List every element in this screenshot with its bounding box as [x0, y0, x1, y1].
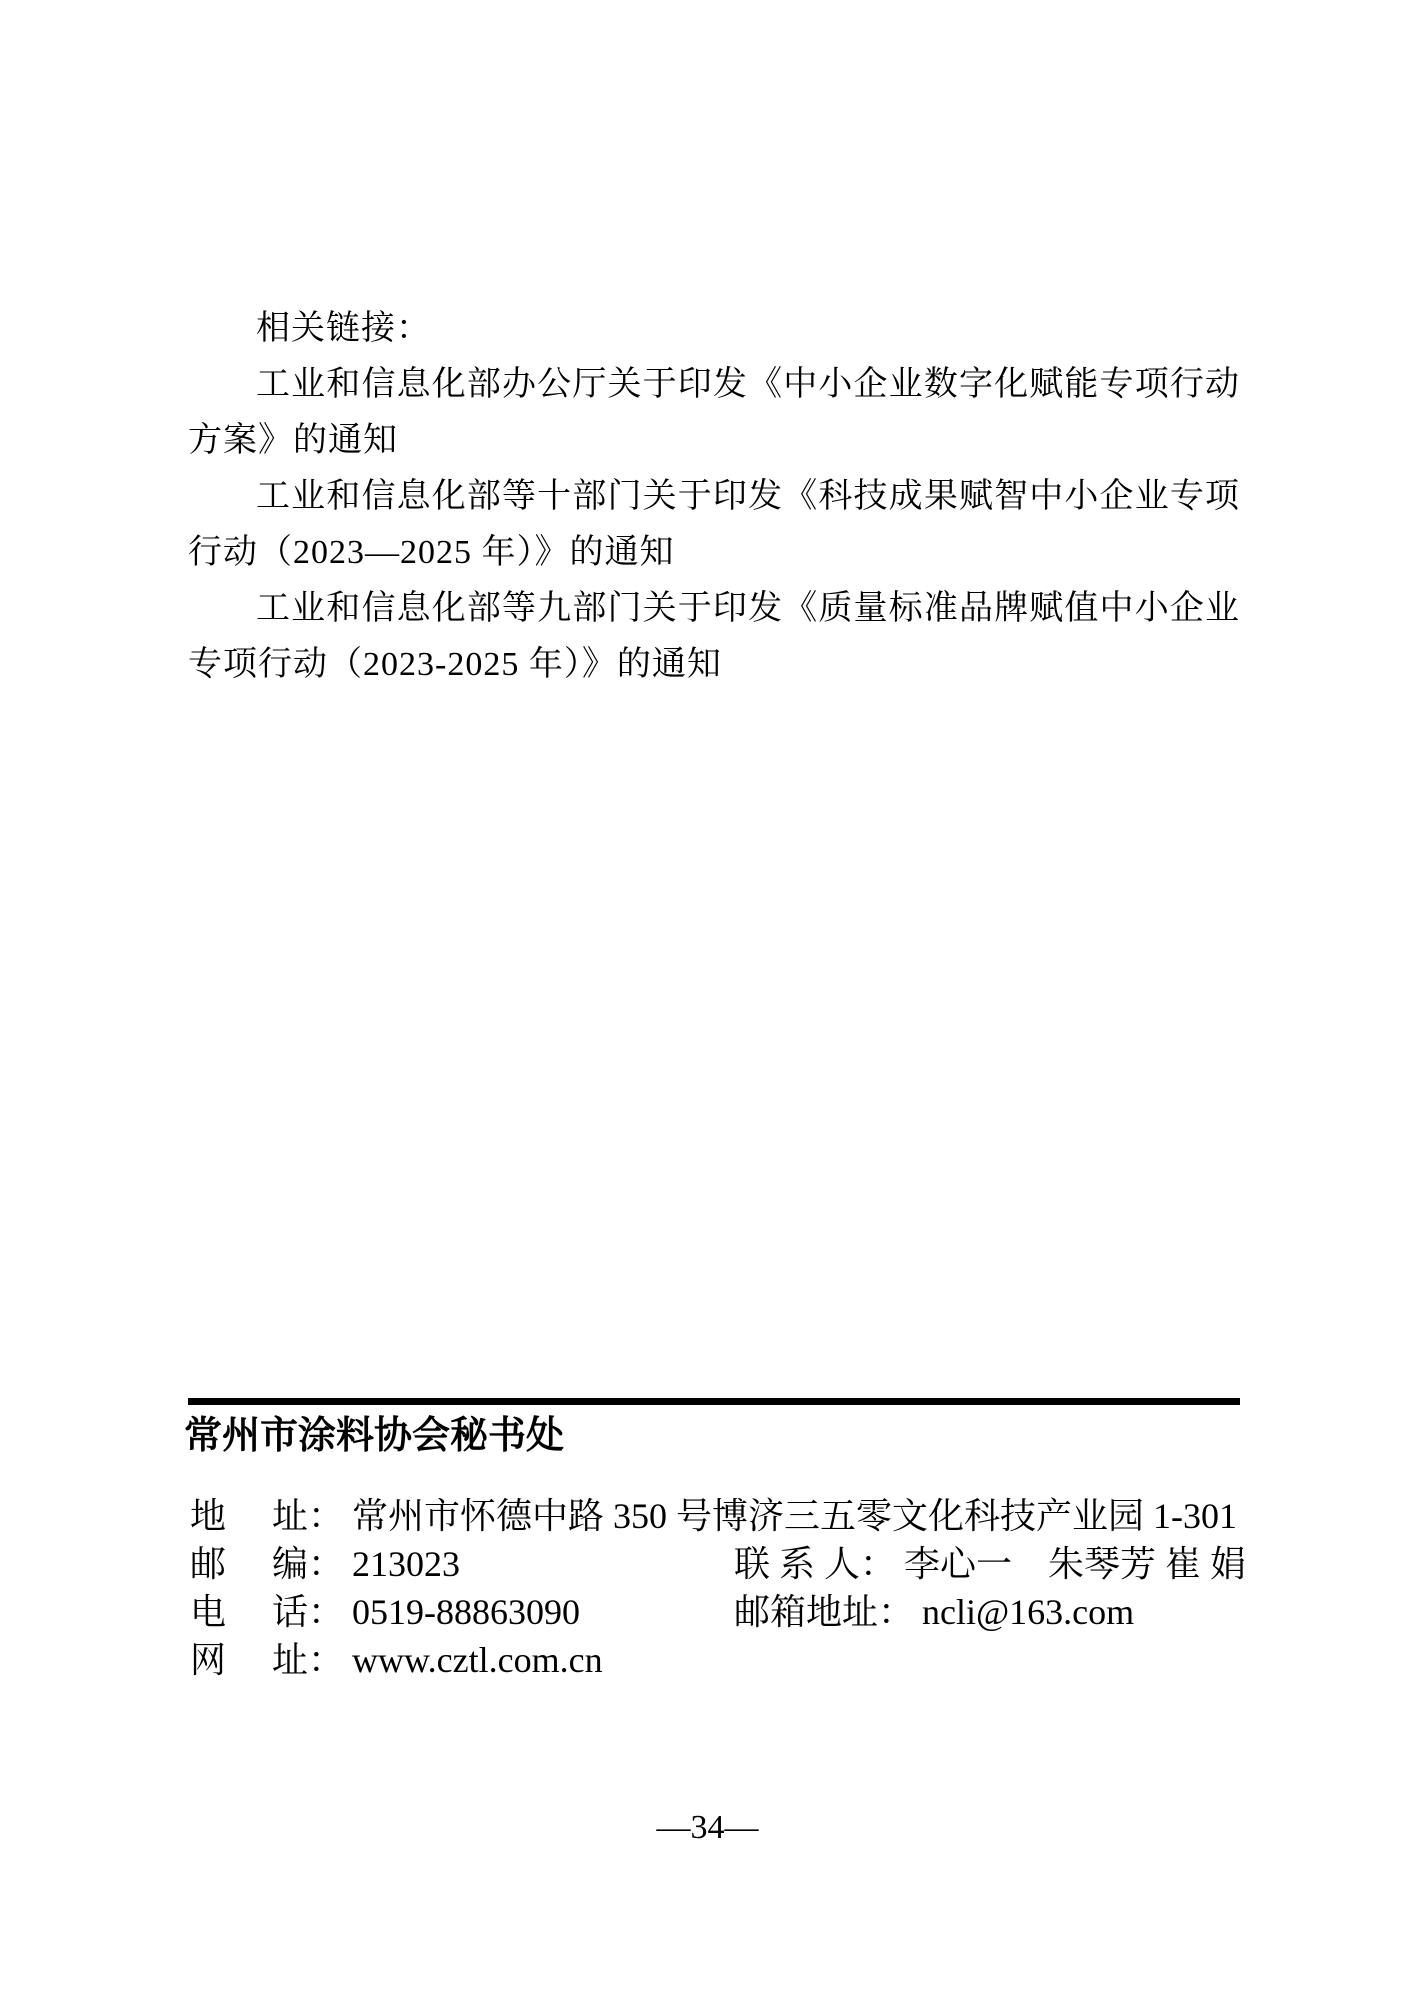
phone-label-char: 电	[190, 1588, 226, 1636]
org-name: 常州市涂料协会秘书处	[184, 1414, 564, 1458]
postcode-colon: ：	[308, 1540, 344, 1588]
contacts-colon: ：	[860, 1540, 896, 1588]
website-field: 网址：www.cztl.com.cn	[190, 1636, 603, 1684]
footer-divider	[188, 1398, 1240, 1405]
related-links-heading: 相关链接：	[188, 301, 1240, 357]
page-number: —34—	[0, 1806, 1415, 1850]
address-label-char: 地	[190, 1492, 226, 1540]
phone-label: 电话	[190, 1588, 308, 1636]
phone-label-char: 话	[272, 1588, 308, 1636]
contact-row-postcode: 邮编：213023 联 系 人：李心一 朱琴芳 崔 娟	[190, 1540, 1242, 1588]
contact-row-phone: 电话：0519-88863090 邮箱地址：ncli@163.com	[190, 1588, 1242, 1636]
contact-row-website: 网址：www.cztl.com.cn	[190, 1636, 1242, 1684]
contact-block: 地址：常州市怀德中路 350 号博济三五零文化科技产业园 1-301 邮编：21…	[190, 1492, 1242, 1684]
postcode-label: 邮编	[190, 1540, 308, 1588]
website-label-char: 址	[272, 1636, 308, 1684]
website-value: www.cztl.com.cn	[352, 1636, 603, 1684]
document-page: { "links_section": { "heading": "相关链接：",…	[0, 0, 1415, 2000]
email-value: ncli@163.com	[922, 1588, 1134, 1636]
contacts-label: 联 系 人	[734, 1540, 860, 1588]
website-colon: ：	[308, 1636, 344, 1684]
address-colon: ：	[308, 1492, 344, 1540]
contact-row-address: 地址：常州市怀德中路 350 号博济三五零文化科技产业园 1-301	[190, 1492, 1242, 1540]
related-links-section: 相关链接： 工业和信息化部办公厅关于印发《中小企业数字化赋能专项行动方案》的通知…	[188, 301, 1240, 693]
website-label-char: 网	[190, 1636, 226, 1684]
address-label: 地址	[190, 1492, 308, 1540]
phone-value: 0519-88863090	[352, 1588, 580, 1636]
email-colon: ：	[878, 1588, 914, 1636]
link-item-quality-brand[interactable]: 工业和信息化部等九部门关于印发《质量标准品牌赋值中小企业专项行动（2023-20…	[188, 581, 1240, 693]
link-item-digital-empowerment[interactable]: 工业和信息化部办公厅关于印发《中小企业数字化赋能专项行动方案》的通知	[188, 357, 1240, 469]
contacts-field: 联 系 人：李心一 朱琴芳 崔 娟	[734, 1540, 1246, 1588]
postcode-value: 213023	[352, 1540, 460, 1588]
address-value: 常州市怀德中路 350 号博济三五零文化科技产业园 1-301	[352, 1492, 1237, 1540]
address-field: 地址：常州市怀德中路 350 号博济三五零文化科技产业园 1-301	[190, 1492, 1237, 1540]
link-item-tech-achievements[interactable]: 工业和信息化部等十部门关于印发《科技成果赋智中小企业专项行动（2023—2025…	[188, 469, 1240, 581]
email-field: 邮箱地址：ncli@163.com	[734, 1588, 1134, 1636]
phone-field: 电话：0519-88863090	[190, 1588, 734, 1636]
postcode-label-char: 邮	[190, 1540, 226, 1588]
postcode-label-char: 编	[272, 1540, 308, 1588]
contacts-value: 李心一 朱琴芳 崔 娟	[904, 1540, 1246, 1588]
website-label: 网址	[190, 1636, 308, 1684]
phone-colon: ：	[308, 1588, 344, 1636]
address-label-char: 址	[272, 1492, 308, 1540]
email-label: 邮箱地址	[734, 1588, 878, 1636]
postcode-field: 邮编：213023	[190, 1540, 734, 1588]
